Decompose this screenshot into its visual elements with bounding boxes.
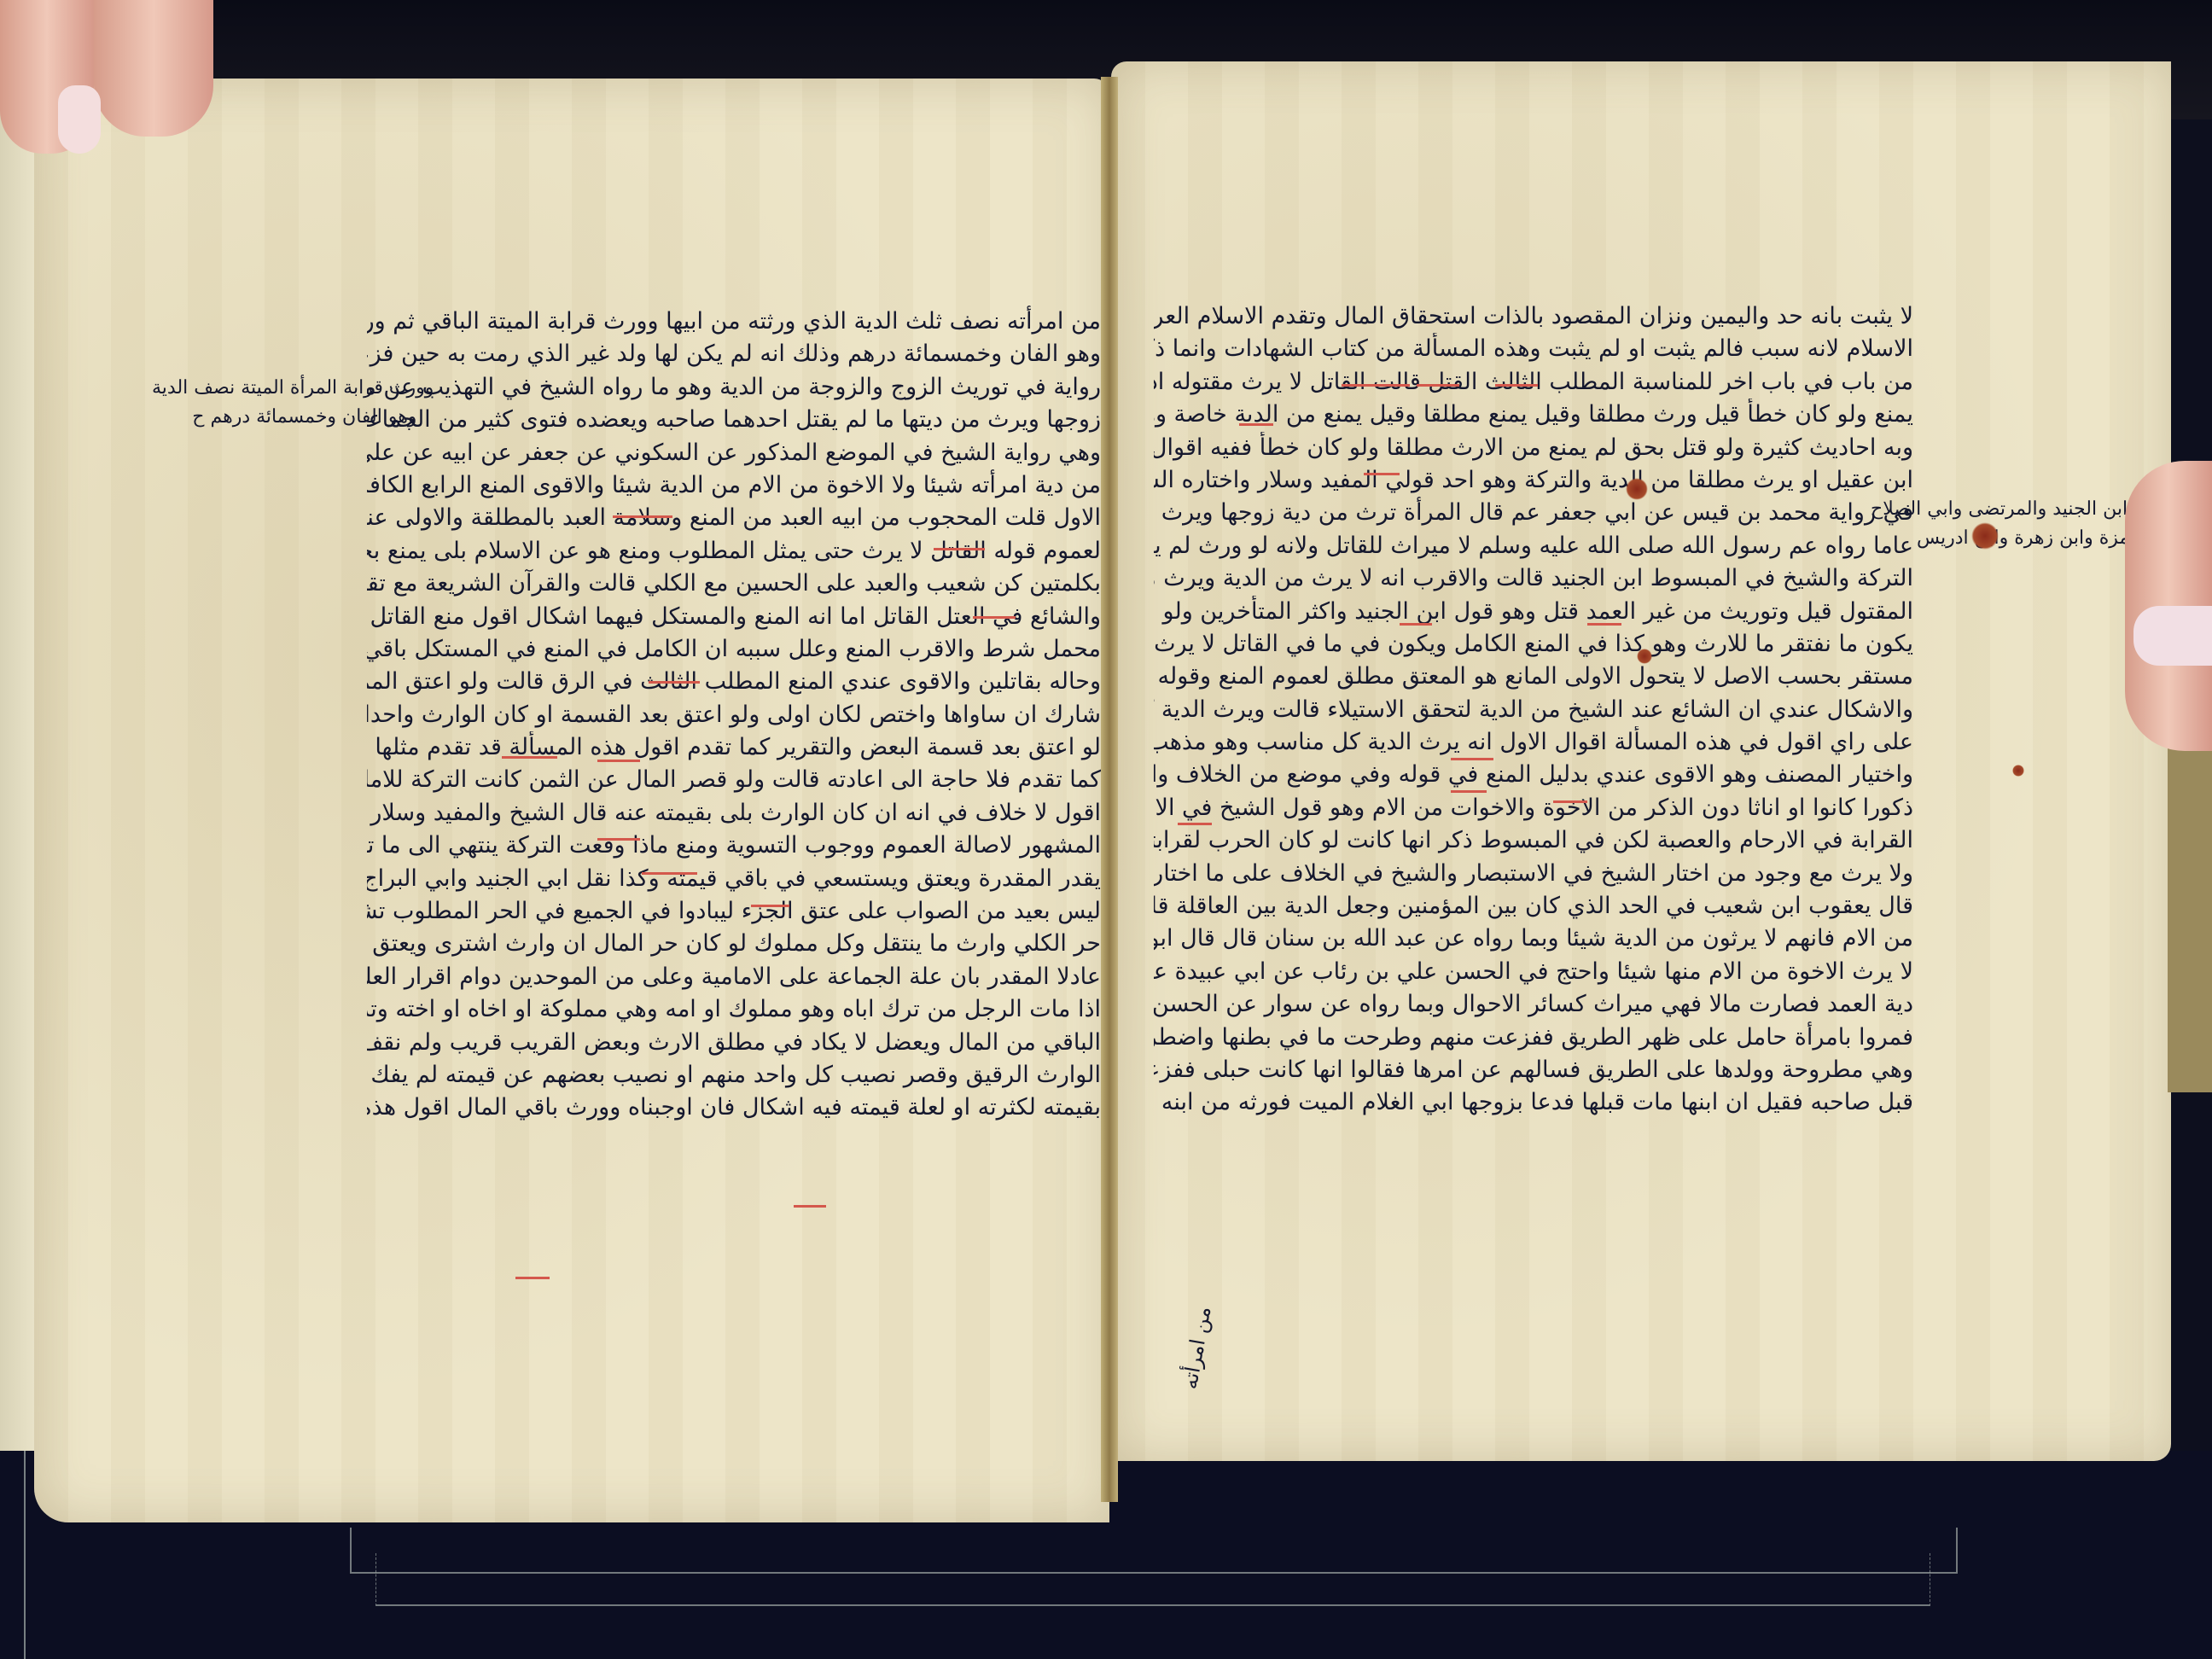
text-line: يكون ما نفتقر ما للارث وهو كذا في المنع … xyxy=(1154,628,1913,661)
text-line: ولا يرث مع وجود من اختار الشيخ في الاستب… xyxy=(1154,858,1913,890)
cloth-embroidery-border-inner xyxy=(375,1553,1930,1606)
right-fore-edge xyxy=(2168,734,2212,1092)
text-line: حر الكلي وارث ما ينتقل وكل مملوك لو كان … xyxy=(367,928,1101,960)
rubric-overline xyxy=(751,905,789,907)
rubric-overline xyxy=(1400,623,1432,626)
text-line: رواية في توريث الزوج والزوجة من الدية وه… xyxy=(367,371,1101,404)
text-line: لو اعتق بعد قسمة البعض والتقرير كما تقدم… xyxy=(367,731,1101,764)
text-line: المقتول قيل وتوريث من غير العمد قتل وهو … xyxy=(1154,596,1913,628)
text-line: من امرأته نصف ثلث الدية الذي ورثته من اب… xyxy=(367,306,1101,338)
ink-stain xyxy=(1971,522,1999,550)
text-line: وهي مطروحة وولدها على الطريق فسالهم عن ا… xyxy=(1154,1054,1913,1086)
text-line: لا يرث الاخوة من الام منها شيئا واحتج في… xyxy=(1154,956,1913,988)
text-line: يقدر المقدرة ويعتق ويستسعي في باقي قيمته… xyxy=(367,863,1101,895)
text-line: قبل صاحبه فقيل ان ابنها مات قبلها فدعا ب… xyxy=(1154,1086,1913,1119)
text-line: اذا مات الرجل من ترك اباه وهو مملوك او ا… xyxy=(367,993,1101,1026)
text-line: في رواية محمد بن قيس عن ابي جعفر عم قال … xyxy=(1154,497,1913,529)
text-line: والاشكال عندي ان الشائع عند الشيخ من الد… xyxy=(1154,694,1913,726)
book-gutter xyxy=(1101,77,1118,1502)
text-line: ليس بعيد من الصواب على عتق الجزء ليبادوا… xyxy=(367,895,1101,928)
text-line: عادلا المقدر بان علة الجماعة على الامامي… xyxy=(367,961,1101,993)
text-line: قال يعقوب ابن شعيب في الحد الذي كان بين … xyxy=(1154,890,1913,923)
rubric-overline xyxy=(613,515,672,518)
text-line: بقيمته لكثرته او لعلة قيمته فيه اشكال فا… xyxy=(367,1091,1101,1124)
rubric-overline xyxy=(1239,423,1273,426)
rubric-overline xyxy=(502,756,557,759)
rubric-overline xyxy=(973,616,1016,619)
left-page-text-block: من امرأته نصف ثلث الدية الذي ورثته من اب… xyxy=(367,306,1101,1125)
rubric-overline xyxy=(1587,623,1621,626)
rubric-overline xyxy=(794,1205,826,1208)
text-line: يمنع ولو كان خطأ قيل ورث مطلقا وقيل يمنع… xyxy=(1154,399,1913,431)
text-line: واختيار المصنف وهو الاقوى عندي بدليل الم… xyxy=(1154,759,1913,791)
ink-stain xyxy=(1626,478,1648,500)
rubric-overline xyxy=(1178,823,1212,825)
text-line: لا يثبت بانه حد واليمين ونزان المقصود با… xyxy=(1154,300,1913,333)
text-line: القرابة في الارحام والعصبة لكن في المبسو… xyxy=(1154,824,1913,857)
text-line: الاسلام لانه سبب فالم يثبت او لم يثبت وه… xyxy=(1154,333,1913,365)
ink-stain xyxy=(1637,649,1652,664)
text-line: الوارث الرقيق وقصر نصيب كل واحد منهم او … xyxy=(367,1059,1101,1091)
rubric-overline xyxy=(1553,800,1587,803)
text-line: ذكورا كانوا او اناثا دون الذكر من الاخوة… xyxy=(1154,792,1913,824)
text-line: التركة والشيخ في المبسوط ابن الجنيد قالت… xyxy=(1154,562,1913,595)
ink-stain xyxy=(2012,765,2024,777)
rubric-overline xyxy=(934,548,985,550)
cloth-stitch-line xyxy=(24,1451,26,1659)
rubric-overline xyxy=(1495,384,1538,387)
text-line: على راي اقول في هذه المسألة اقوال الاول … xyxy=(1154,726,1913,759)
text-line: من باب في باب اخر للمناسبة المطلب الثالث… xyxy=(1154,366,1913,399)
text-line: ابن عقيل او يرث مطلقا من الدية والتركة و… xyxy=(1154,464,1913,497)
text-line: اقول لا خلاف في انه ان كان الوارث بلى بق… xyxy=(367,797,1101,829)
rubric-overline xyxy=(1342,384,1410,387)
text-line: عاما رواه عم رسول الله صلى الله عليه وسل… xyxy=(1154,530,1913,562)
text-line: من الام فانهم لا يرثون من الدية شيئا وبم… xyxy=(1154,923,1913,955)
text-line: دية العمد فصارت مالا فهي ميراث كسائر الا… xyxy=(1154,988,1913,1021)
rubric-overline xyxy=(515,1277,550,1279)
text-line: الباقي من المال ويعضل لا يكاد في مطلق ال… xyxy=(367,1027,1101,1059)
fingernail xyxy=(58,85,101,154)
rubric-overline xyxy=(597,760,640,762)
rubric-overline xyxy=(597,838,640,841)
text-line: وبه احاديث كثيرة ولو قتل بحق لم يمنع من … xyxy=(1154,432,1913,464)
text-line: بكلمتين كن شعيب والعبد على الحسين مع الك… xyxy=(367,568,1101,600)
rubric-overline xyxy=(642,872,697,875)
text-line: وهو الفان وخمسمائة درهم وذلك انه لم يكن … xyxy=(367,338,1101,370)
text-line: الاول قلت المحجوب من ابيه العبد من المنع… xyxy=(367,502,1101,534)
text-line: زوجها ويرث من ديتها ما لم يقتل احدهما صا… xyxy=(367,404,1101,436)
text-line: لعموم قوله القاتل لا يرث حتى يمثل المطلو… xyxy=(367,535,1101,568)
text-line: وهي رواية الشيخ في الموضع المذكور عن الس… xyxy=(367,437,1101,469)
rubric-overline xyxy=(1364,473,1400,475)
text-line: وحاله بقاتلين والاقوى عندي المنع المطلب … xyxy=(367,666,1101,698)
thumbnail xyxy=(2133,606,2212,666)
text-line: محمل شرط والاقرب المنع وعلل سببه ان الكا… xyxy=(367,633,1101,666)
text-line: مستقر بحسب الاصل لا يتحول الاولى المانع … xyxy=(1154,661,1913,693)
text-line: فمروا بامرأة حامل على ظهر الطريق ففزعت م… xyxy=(1154,1022,1913,1054)
rubric-overline xyxy=(1451,758,1493,760)
rubric-overline xyxy=(1417,384,1459,387)
text-line: كما تقدم فلا حاجة الى اعادته قالت ولو قص… xyxy=(367,764,1101,796)
text-line: شارك ان ساواها واختص لكان اولى ولو اعتق … xyxy=(367,699,1101,731)
rubric-overline xyxy=(649,681,700,684)
text-line: المشهور لاصالة العموم ووجوب التسوية ومنع… xyxy=(367,829,1101,862)
left-hand-finger xyxy=(94,0,213,137)
text-line: من دية امرأته شيئا ولا الاخوة من الام من… xyxy=(367,469,1101,502)
rubric-overline xyxy=(1451,790,1487,793)
